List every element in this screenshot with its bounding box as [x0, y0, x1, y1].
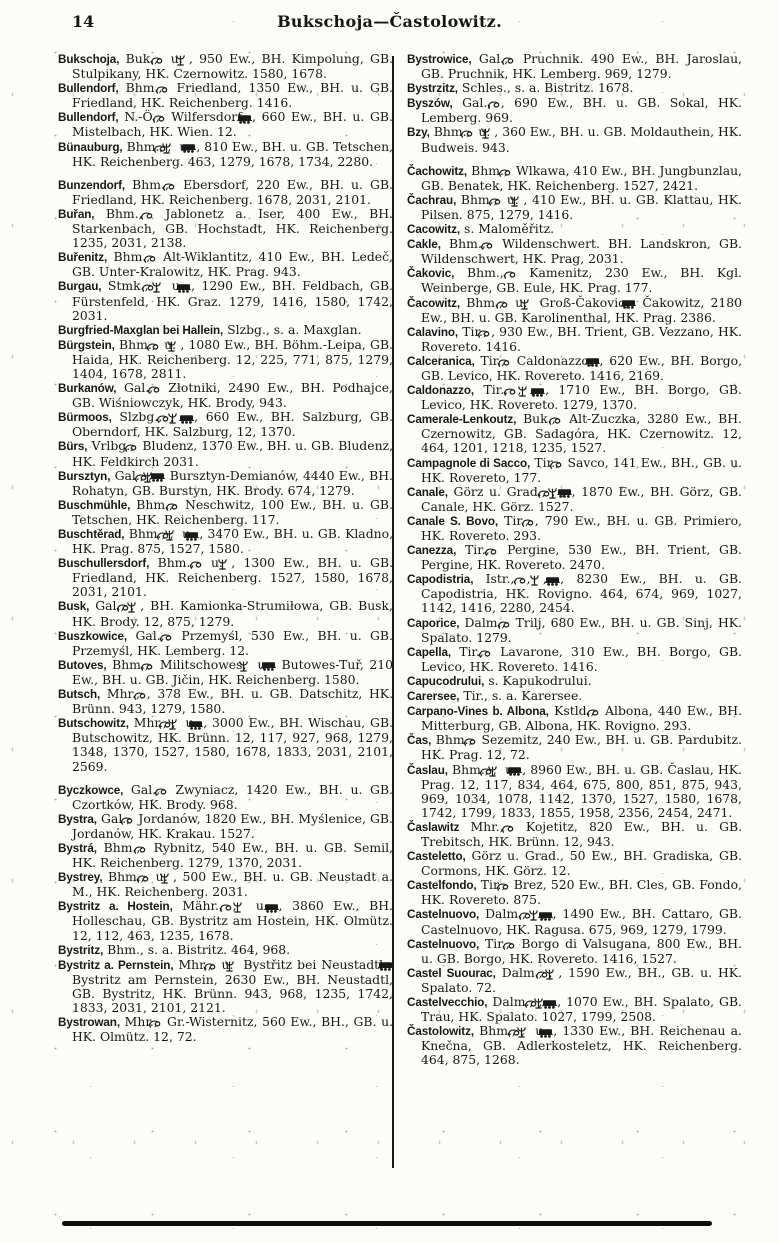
entry-headword: Canezza,	[407, 544, 456, 557]
entry-headword: Bzy,	[407, 126, 430, 139]
entry-headword: Caporice,	[407, 617, 459, 630]
entry-headword: Carersee,	[407, 690, 459, 703]
entry-headword: Čacowitz,	[407, 297, 460, 310]
entry-headword: Canale,	[407, 486, 448, 499]
entry-headword: Bystrá,	[58, 842, 97, 855]
directory-columns: Bukschoja, Buk., u. , 950 Ew., BH. Kimpo…	[58, 52, 742, 1067]
directory-entry: Castelnuovo, Tir., Borgo di Valsugana, 8…	[407, 937, 742, 966]
directory-entry: Canezza, Tir., Pergine, 530 Ew., BH. Tri…	[407, 543, 742, 572]
column-divider	[392, 56, 394, 1168]
entry-headword: Buřenitz,	[58, 251, 107, 264]
entry-headword: Castel Suourac,	[407, 967, 496, 980]
directory-entry: Bünauburg, Bhm., , u. , 810 Ew., BH. u. …	[58, 140, 393, 169]
entry-headword: Buschullersdorf,	[58, 557, 149, 570]
railway-wagon-icon	[552, 911, 553, 921]
entry-headword: Buschtěrad,	[58, 528, 124, 541]
directory-entry: Buschullersdorf, Bhm., u. , 1300 Ew., BH…	[58, 556, 393, 599]
railway-wagon-icon	[195, 143, 196, 153]
directory-entry: Buszkowice, Gal., Przemyśl, 530 Ew., BH.…	[58, 629, 393, 658]
entry-headword: Bürs,	[58, 440, 87, 453]
entry-headword: Byczkowce,	[58, 784, 123, 797]
entry-headword: Campagnole di Sacco,	[407, 457, 530, 470]
directory-entry: Bürmoos, Slzbg., , , , 660 Ew., BH. Salz…	[58, 410, 393, 439]
railway-wagon-icon	[278, 903, 279, 913]
entry-headword: Bystrowan,	[58, 1016, 120, 1029]
directory-entry: Bukschoja, Buk., u. , 950 Ew., BH. Kimpo…	[58, 52, 393, 81]
entry-headword: Butsch,	[58, 688, 100, 701]
railway-wagon-icon	[599, 357, 600, 367]
directory-entry: Bürgstein, Bhm., u. , 1080 Ew., BH. Böhm…	[58, 338, 393, 381]
entry-headword: Carpano-Vines b. Albona,	[407, 705, 549, 718]
entry-headword: Burgfried-Maxglan bei Hallein,	[58, 324, 223, 337]
directory-entry: Castel Suourac, Dalm., , , 1590 Ew., BH.…	[407, 966, 742, 995]
directory-entry: Butschowitz, Mhr., , u. , 3000 Ew., BH. …	[58, 716, 393, 773]
directory-entry: Bystrzitz, Schles., s. a. Bistritz. 1678…	[407, 81, 742, 96]
railway-wagon-icon	[635, 299, 636, 309]
directory-entry: Cacowitz, s. Maloměřitz.	[407, 222, 742, 237]
entry-headword: Bystritz a. Hostein,	[58, 900, 173, 913]
directory-entry: Čakovic, Bhm., Kamenitz, 230 Ew., BH. Kg…	[407, 266, 742, 295]
directory-entry: Capodistria, Istr., , , , 8230 Ew., BH. …	[407, 572, 742, 615]
directory-entry: Čas, Bhm., Sezemitz, 240 Ew., BH. u. GB.…	[407, 733, 742, 762]
entry-headword: Castelnuovo,	[407, 938, 479, 951]
entry-headword: Bursztyn,	[58, 470, 110, 483]
entry-headword: Bürgstein,	[58, 339, 115, 352]
entry-headword: Bullendorf,	[58, 111, 119, 124]
entry-headword: Čas,	[407, 734, 431, 747]
column-left: Bukschoja, Buk., u. , 950 Ew., BH. Kimpo…	[58, 52, 393, 1067]
directory-entry: Burgfried-Maxglan bei Hallein, Slzbg., s…	[58, 323, 393, 338]
entry-headword: Častolowitz,	[407, 1025, 474, 1038]
entry-headword: Čakovic,	[407, 267, 454, 280]
entry-headword: Cacowitz,	[407, 223, 460, 236]
directory-entry: Buřan, Bhm., Jablonetz a. Iser, 400 Ew.,…	[58, 207, 393, 250]
entry-headword: Cakle,	[407, 238, 441, 251]
directory-entry: Castelvecchio, Dalm., , , , 1070 Ew., BH…	[407, 995, 742, 1024]
directory-entry: Cakle, Bhm., Wildenschwert. BH. Landskro…	[407, 237, 742, 266]
railway-wagon-icon	[198, 531, 199, 541]
directory-entry: Buřenitz, Bhm., Alt-Wiklantitz, 410 Ew.,…	[58, 250, 393, 279]
directory-entry: Bystra, Gal., Jordanów, 1820 Ew., BH. My…	[58, 812, 393, 841]
directory-entry: Bystritz a. Pernstein, Mhr., u. Bystřitz…	[58, 958, 393, 1015]
entry-headword: Caldonazzo,	[407, 384, 474, 397]
directory-entry: Čacowitz, Bhm., u. Groß-Čakovic, Čakowit…	[407, 296, 742, 325]
entry-headword: Canale S. Bovo,	[407, 515, 498, 528]
railway-wagon-icon	[251, 114, 252, 124]
directory-entry: Castelnuovo, Dalm., , , , 1490 Ew., BH. …	[407, 907, 742, 936]
entry-headword: Bukschoja,	[58, 53, 119, 66]
directory-entry: Časlau, Bhm., , u. , 8960 Ew., BH. u. GB…	[407, 763, 742, 820]
directory-entry: Bystrowice, Gal., Pruchnik. 490 Ew., BH.…	[407, 52, 742, 81]
directory-entry: Carersee, Tir., s. a. Karersee.	[407, 689, 742, 704]
directory-entry: Camerale-Lenkoutz, Buk., Alt-Zuczka, 328…	[407, 412, 742, 455]
entry-headword: Čachrau,	[407, 194, 456, 207]
railway-wagon-icon	[190, 283, 191, 293]
directory-entry: Čachrau, Bhm., u. , 410 Ew., BH. u. GB. …	[407, 193, 742, 222]
directory-entry: Bullendorf, N.-Ö., Wilfersdorf, , 660 Ew…	[58, 110, 393, 139]
directory-entry: Busk, Gal., , , BH. Kamionka-Strumiłowa,…	[58, 599, 393, 628]
directory-entry: Bursztyn, Gal., , , Bursztyn-Demianów, 4…	[58, 469, 393, 498]
directory-entry: Časlawitz Mhr., Kojetitz, 820 Ew., BH. u…	[407, 820, 742, 849]
directory-entry: Caldonazzo, Tir., , , , 1710 Ew., BH. Bo…	[407, 383, 742, 412]
directory-entry: Byszów, Gal., , 690 Ew., BH. u. GB. Soka…	[407, 96, 742, 125]
entry-headword: Castelfondo,	[407, 879, 477, 892]
railway-wagon-icon	[202, 720, 203, 730]
entry-headword: Calavino,	[407, 326, 458, 339]
entry-headword: Bürmoos,	[58, 411, 112, 424]
entry-headword: Bystritz,	[58, 944, 103, 957]
directory-entry: Castelfondo, Tir., Brez, 520 Ew., BH. Cl…	[407, 878, 742, 907]
directory-entry: Casteletto, Görz u. Grad., 50 Ew., BH. G…	[407, 849, 742, 878]
entry-headword: Butoves,	[58, 659, 107, 672]
entry-headword: Burkanów,	[58, 382, 116, 395]
directory-entry: Čachowitz, Bhm., Wlkawa, 410 Ew., BH. Ju…	[407, 164, 742, 193]
entry-headword: Bystrowice,	[407, 53, 472, 66]
scan-edge-artifact	[62, 1221, 712, 1226]
scanned-page: 14 Bukschoja—Častolowitz. Bukschoja, Buk…	[0, 0, 779, 1243]
directory-entry: Bystritz a. Hostein, Mähr., , u. , 3860 …	[58, 899, 393, 942]
directory-entry: Canale S. Bovo, Tir., , 790 Ew., BH. u. …	[407, 514, 742, 543]
entry-headword: Buschmühle,	[58, 499, 130, 512]
entry-headword: Bystrey,	[58, 871, 102, 884]
entry-headword: Bystritz a. Pernstein,	[58, 959, 173, 972]
directory-entry: Canale, Görz u. Grad., , , , 1870 Ew., B…	[407, 485, 742, 514]
entry-headword: Butschowitz,	[58, 717, 129, 730]
directory-entry: Bystrey, Bhm., u. , 500 Ew., BH. u. GB. …	[58, 870, 393, 899]
directory-entry: Bunzendorf, Bhm., Ebersdorf, 220 Ew., BH…	[58, 178, 393, 207]
entry-headword: Bystrzitz,	[407, 82, 458, 95]
directory-entry: Bzy, Bhm., u. , 360 Ew., BH. u. GB. Mold…	[407, 125, 742, 154]
directory-entry: Burgau, Stmk., , u. , 1290 Ew., BH. Feld…	[58, 279, 393, 322]
page-title: Bukschoja—Častolowitz.	[0, 12, 779, 31]
entry-headword: Časlau,	[407, 764, 448, 777]
railway-wagon-icon	[556, 999, 557, 1009]
entry-headword: Buřan,	[58, 208, 94, 221]
directory-entry: Capella, Tir., Lavarone, 310 Ew., BH. Bo…	[407, 645, 742, 674]
entry-headword: Castelvecchio,	[407, 996, 487, 1009]
directory-entry: Bystrowan, Mhr., Gr.-Wisternitz, 560 Ew.…	[58, 1015, 393, 1044]
railway-wagon-icon	[559, 576, 560, 586]
entry-headword: Castelnuovo,	[407, 908, 479, 921]
directory-entry: Capucodrului, s. Kapukodrului.	[407, 674, 742, 689]
column-right: Bystrowice, Gal., Pruchnik. 490 Ew., BH.…	[407, 52, 742, 1067]
entry-headword: Čachowitz,	[407, 165, 467, 178]
directory-entry: Častolowitz, Bhm., , u. , 1330 Ew., BH. …	[407, 1024, 742, 1067]
directory-entry: Campagnole di Sacco, Tir., Savco, 141 Ew…	[407, 456, 742, 485]
entry-headword: Capella,	[407, 646, 451, 659]
directory-entry: Bullendorf, Bhm., Friedland, 1350 Ew., B…	[58, 81, 393, 110]
entry-headword: Calceranica,	[407, 355, 475, 368]
railway-wagon-icon	[164, 472, 165, 482]
entry-headword: Časlawitz	[407, 821, 459, 834]
directory-entry: Buschtěrad, Bhm., , u. , 3470 Ew., BH. u…	[58, 527, 393, 556]
entry-headword: Busk,	[58, 600, 89, 613]
railway-wagon-icon	[544, 387, 545, 397]
railway-wagon-icon	[521, 766, 522, 776]
entry-headword: Capodistria,	[407, 573, 473, 586]
railway-wagon-icon	[571, 488, 572, 498]
entry-headword: Bystra,	[58, 813, 97, 826]
entry-headword: Camerale-Lenkoutz,	[407, 413, 516, 426]
railway-wagon-icon	[552, 1028, 553, 1038]
directory-entry: Bystrá, Bhm., Rybnitz, 540 Ew., BH. u. G…	[58, 841, 393, 870]
railway-wagon-icon	[275, 661, 276, 671]
entry-headword: Capucodrului,	[407, 675, 484, 688]
entry-headword: Bünauburg,	[58, 141, 123, 154]
entry-headword: Buszkowice,	[58, 630, 127, 643]
railway-wagon-icon	[193, 414, 194, 424]
directory-entry: Burkanów, Gal., Złotniki, 2490 Ew., BH. …	[58, 381, 393, 410]
entry-headword: Burgau,	[58, 280, 101, 293]
entry-headword: Casteletto,	[407, 850, 466, 863]
entry-headword: Byszów,	[407, 97, 453, 110]
directory-entry: Bystritz, Bhm., s. a. Bistritz. 464, 968…	[58, 943, 393, 958]
directory-entry: Caporice, Dalm., Trilj, 680 Ew., BH. u. …	[407, 616, 742, 645]
directory-entry: Carpano-Vines b. Albona, Kstld., Albona,…	[407, 704, 742, 733]
directory-entry: Bürs, Vrlbg., Bludenz, 1370 Ew., BH. u. …	[58, 439, 393, 468]
entry-headword: Bullendorf,	[58, 82, 119, 95]
directory-entry: Calavino, Tir., , 930 Ew., BH. Trient, G…	[407, 325, 742, 354]
directory-entry: Butsch, Mhr., , 378 Ew., BH. u. GB. Dats…	[58, 687, 393, 716]
directory-entry: Calceranica, Tir., Caldonazzo, , 620 Ew.…	[407, 354, 742, 383]
directory-entry: Byczkowce, Gal., Zwyniacz, 1420 Ew., BH.…	[58, 783, 393, 812]
directory-entry: Buschmühle, Bhm., Neschwitz, 100 Ew., BH…	[58, 498, 393, 527]
entry-headword: Bunzendorf,	[58, 179, 125, 192]
directory-entry: Butoves, Bhm., Militschowes, u. Butowes-…	[58, 658, 393, 687]
